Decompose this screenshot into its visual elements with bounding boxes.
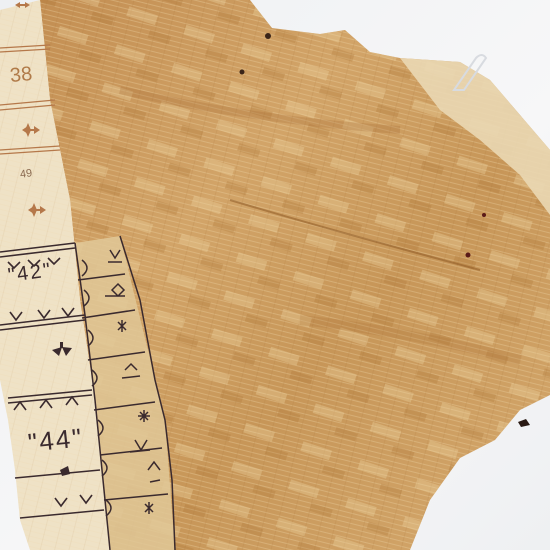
border-number-38: 38: [9, 63, 34, 88]
watermark-logo-icon: [448, 52, 488, 96]
border-number-49: 49: [19, 167, 33, 181]
photo-scene: 38 49 "42" "44": [0, 0, 550, 550]
border-number-44: "44": [27, 422, 85, 459]
